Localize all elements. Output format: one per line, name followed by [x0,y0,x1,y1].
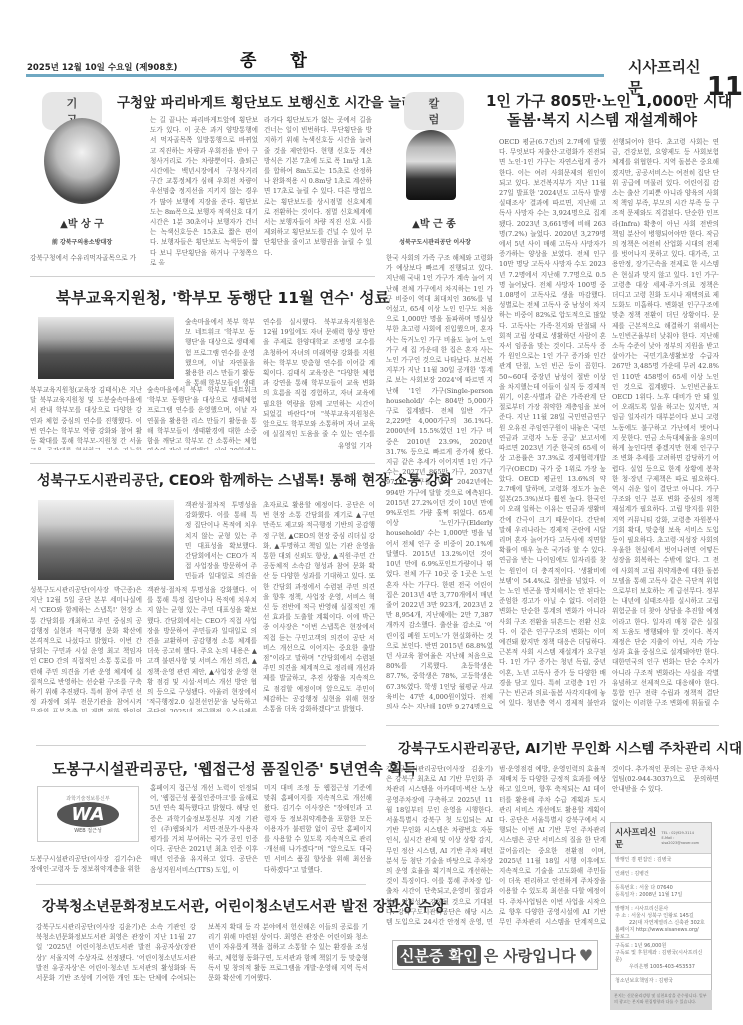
wa-logo-sub: WEB 접근성 [74,827,102,834]
contribution-col-1: 강북구청에서 수유리먹자골목으로 가 [30,253,142,265]
dobong-col-1: 도봉구시설관리공단(이사장 김기수)은 장애인·고령자 등 정보취약계층을 위한 [30,854,142,876]
masthead-reg-no: 등록번호 : 서울 다 07640 [615,885,707,892]
contribution-headline: 구청앞 파리바게트 횡단보도 보행신호 시간을 늘려야 [117,91,427,111]
masthead-office-name: 발행처 : 시사프리신문사 [615,906,707,913]
id-check-banner: 신분증 확인 은 사랑입니다 ♥ [392,940,598,970]
author-name: ▲박 상 구 [36,215,128,230]
bukbu-col-1: 북부교육지원청(교육장 김태식)은 지난달 북부교육지원청 및 도봉숲속마을에서… [30,385,142,450]
divider [36,745,366,746]
dobong-col-3: 미지 대비 조정 등 웹접근성 기준에 맞춰 홈페이지를 지속적으로 개선해 왔… [264,783,372,878]
contribution-col-2: 는 길 끝나는 파리바게트앞에 횡단보도가 있다. 이 곳은 과거 양방통행에서… [150,115,258,265]
parking-col-1: 강북구도시관리공단(이사장 김윤기)은 강북구 최초로 AI 기반 무인화 주차… [386,764,493,928]
library-headline: 강북청소년문화정보도서관, 어린이청소년도서관 발전 장관상 수상 [42,896,446,916]
masthead-registration: 등록번호 : 서울 다 07640 등록일자 : 2008년 11월 17일 [611,881,711,902]
seongbuk-photo [38,500,174,580]
masthead-brand: 시사프리신문 [615,826,659,850]
seongbuk-col-2: 객관성·절차적 투명성을 강화했다. 이를 통해 특정 집단이나 목적에 치우치… [147,585,257,712]
seongbuk-col-1: 성북구도시관리공단(이사장 박근종)은 지난 12월 5일 공단 본부 세미나실… [30,585,142,712]
contribution-col-3: 라가다 횡단보도가 없는 곳에서 길을 건너는 일이 빈번하다. 무단횡단을 방… [264,115,372,265]
header-rule [26,74,604,77]
divider [30,276,375,277]
masthead-account: 구독료 및 후원계좌 : 김병국(시사프리신문) [615,950,707,964]
seongbuk-headline: 성북구도시관리공단, CEO와 함께하는 스냅톡! 통해 현장 소통 강화 [37,470,453,490]
library-col-2: 보복지 확대 등 각 분야에서 헌신해온 이들의 공로를 기리기 위해 마련된 … [208,922,368,984]
column-headline-line-2: 돌봄·복지 시스템 재설계해야 [507,109,697,130]
masthead-subscription-fee: 구독료 : 1년 96,000원 [615,943,707,950]
masthead-reg-date: 등록일자 : 2008년 11월 17일 [615,892,707,899]
masthead-box-lower: 구독료 : 1년 96,000원 구독료 및 후원계좌 : 김병국(시사프리신문… [610,940,712,996]
banner-text: 은 사랑입니다 [484,945,576,966]
library-col-1: 강북구도시관리공단(이사장 김윤기)은 소속 기관인 강북청소년문화정보도서관 … [36,922,196,984]
dobong-headline: 도봉구시설관리공단, '웹접근성 품질인증' 5년연속 획득 [52,758,417,779]
columnist-title: 성북구도시관리공단 이사장 [390,237,480,246]
masthead-printer: 인쇄인 : 김병건 [611,867,711,881]
author-title: 前 강북구의용소방대장 [30,237,134,246]
parking-col-2: 범·운영점검 예방, 운영인력의 효율적 재배치 등 다양한 긍정적 효과를 예… [499,764,606,928]
columnist-name: ▲박 근 종 [396,215,472,230]
column-col-3: 선행되어야 한다. 초고령 사회는 연금, 건강보험, 요양제도 등 사회보험 … [612,137,719,709]
section-title: 종합 [240,46,341,71]
wa-logo-issuer: 과학기술정보통신부 [66,795,109,802]
banner-highlight: 신분증 확인 [397,945,481,966]
masthead-address: 주 소 : 서울시 성북구 인왕로 145길 [615,913,707,920]
masthead-address-2: 22(대 자연계열리스 신축관 302호 [615,920,707,927]
parking-headline: 강북구도시관리공단, AI기반 무인화 시스템 주차관리 시대 연다 [398,737,743,757]
masthead-box: 시사프리신문 TEL : 02)929-3114 E-Mail : sisa20… [610,822,712,940]
masthead-homepage-link[interactable]: 홈페이지 http://www.sisanews.org/ [615,927,707,934]
column-col-2: OECD 평균(6.7건)의 2.7배에 달했다. 무엇보다 저출산·고령화가 … [499,137,606,709]
divider [386,725,719,726]
columnist-photo [406,130,456,200]
masthead-publisher: 발행인 겸 편집인 : 김병국 [611,853,711,867]
seongbuk-col-2a: 객관성·절차적 투명성을 강화했다. 이를 통해 특정 집단이나 목적에 치우치… [185,500,257,580]
bukbu-photo [38,317,174,379]
wa-certification-logo: 과학기술정보통신부 WA WEB 접근성 [37,786,139,842]
issue-date: 2025년 12월 10일 수요일 (제908호) [27,61,177,73]
divider [30,463,375,464]
bukbu-col-2: 숲속마을에서 북부 학부모 네트워크 '학부모 동행단'을 대상으로 생태체험 … [147,385,257,450]
divider [36,884,366,885]
author-photo [44,118,120,204]
masthead-youth-officer: 청소년보호책임자 : 김병국 [611,974,711,988]
bukbu-col-3: 연수를 실시했다. 북부교육지원청은 12월 19일에도 자녀 문해력 향상 방… [263,317,375,437]
column-headline-line-1: 1인 가구 805만·노인 1,000만 시대 [486,90,732,111]
masthead-bank: 우리은행 1005-403-453537 [615,964,707,971]
seongbuk-col-3: 초자료로 활용할 예정이다. 공단은 이번 현장 소통 간담회를 계기로 ▲구민… [263,500,375,712]
masthead-subscription: 구독료 : 1년 96,000원 구독료 및 후원계좌 : 김병국(시사프리신문… [611,940,711,974]
masthead-email: E-Mail : sisa2023@naver.com [662,836,707,846]
heart-icon: ♥ [579,946,593,965]
parking-col-3: 것이다. 추가적인 문의는 공단 주차사업팀(02-944-3037)으로 문의… [612,764,719,804]
bukbu-col-2a: 숲속마을에서 북부 학부모 네트워크 '학부모 동행단'을 대상으로 생태체험 … [185,317,255,386]
column-tag: 칼 럼 [404,92,464,130]
dobong-col-2: 홈페이지 접근성 개선 노력이 인정되어, '웹접근성 품질인증마크'를 올해로… [150,783,258,878]
bukbu-byline: 유영일 기자 [310,441,372,451]
wa-logo-mark: WA [57,802,118,827]
masthead-ethics-note: 본지는 신문윤리강령 및 실천요강을 준수합니다. 일부의 광고는 본지와 편집… [610,990,712,1010]
bukbu-headline: 북부교육지원청, '학부모 동행단 11월 연수' 성료 [56,286,389,308]
